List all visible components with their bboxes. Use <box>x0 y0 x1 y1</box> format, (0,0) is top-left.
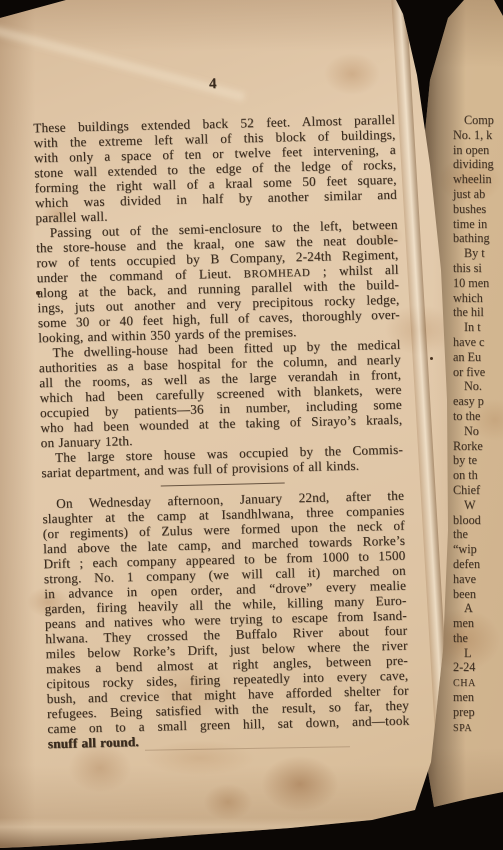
text-line-fragment: to the <box>453 409 503 424</box>
text-line-fragment: No. 1, k <box>453 128 503 143</box>
text-line-fragment: prep <box>453 705 503 720</box>
text-line-fragment: been <box>453 587 503 602</box>
adjacent-page-text: CompNo. 1, kin opendividingwheelinjust a… <box>453 113 503 734</box>
text-line-fragment: time in <box>453 217 503 232</box>
text-line-fragment: have c <box>453 335 503 350</box>
page-text: These buildings extended back 52 feet. A… <box>33 112 410 751</box>
text-line-fragment: which <box>453 291 503 306</box>
text-line-fragment: by te <box>453 453 503 468</box>
small-caps-word: CHA <box>453 678 476 689</box>
text-line-fragment: Chief <box>453 483 503 498</box>
text-line-fragment: defen <box>453 557 503 572</box>
text-line-fragment: this si <box>453 261 503 276</box>
text-line-fragment: blood <box>453 513 503 528</box>
text-line-fragment: just ab <box>453 187 503 202</box>
text-line-fragment: In t <box>453 320 503 335</box>
text-line-fragment: “wip <box>453 542 503 557</box>
text-line-fragment: bushes <box>453 202 503 217</box>
text-line-fragment: 2-24 <box>453 660 503 675</box>
text-line-fragment: men <box>453 690 503 705</box>
text-line-fragment: CHA <box>453 675 503 690</box>
text-line-fragment: the <box>453 631 503 646</box>
text-line-fragment: By t <box>453 246 503 261</box>
text-line-fragment: SPA <box>453 720 503 735</box>
text-line-fragment: an Eu <box>453 350 503 365</box>
text-line-fragment: easy p <box>453 394 503 409</box>
text-line-fragment: in open <box>453 143 503 158</box>
text-line-fragment: dividing <box>453 157 503 172</box>
text-line-fragment: wheelin <box>453 172 503 187</box>
text-line-fragment: A <box>453 601 503 616</box>
page-text-area: 4 These buildings extended back 52 feet.… <box>32 72 410 751</box>
text-line-fragment: 10 men <box>453 276 503 291</box>
text-line-fragment: the <box>453 527 503 542</box>
text-line-fragment: Comp <box>453 113 503 128</box>
text-line-fragment: or five <box>453 365 503 380</box>
stain-speck <box>430 357 433 360</box>
small-caps-word: SPA <box>453 723 472 734</box>
text-line-fragment: No. <box>453 379 503 394</box>
text-line-fragment: on th <box>453 468 503 483</box>
text-line-fragment: bathing <box>453 231 503 246</box>
text-line-fragment: men <box>453 616 503 631</box>
text-line-fragment: No <box>453 424 503 439</box>
text-line-fragment: Rorke <box>453 439 503 454</box>
text-line-fragment: L <box>453 646 503 661</box>
text-line-fragment: W <box>453 498 503 513</box>
photo-backdrop: { "colors": { "backdrop": "#0b0705", "pa… <box>0 0 503 850</box>
text-line-fragment: the hil <box>453 305 503 320</box>
text-line-fragment: have <box>453 572 503 587</box>
